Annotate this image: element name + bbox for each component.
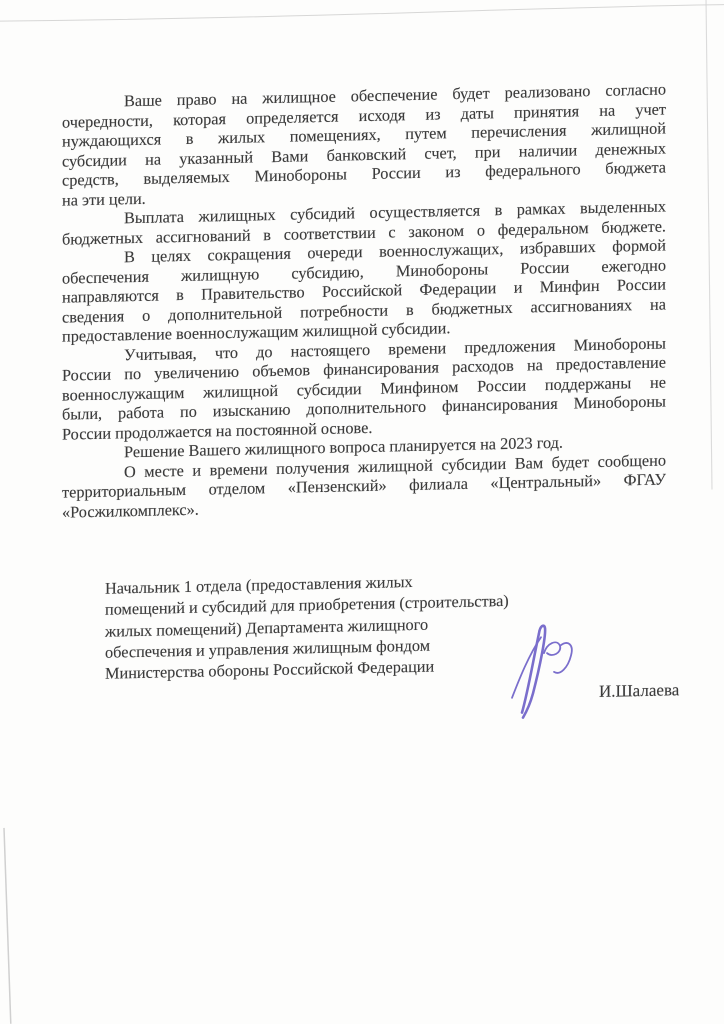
letter-body: Ваше право на жилищное обеспечение будет… [62,79,666,521]
signature-stroke-loop [544,642,572,673]
paper-edge-right [706,0,712,490]
paper-edge-left [4,828,11,1024]
handwritten-signature [495,608,590,730]
signatory-name: И.Шалаева [599,680,679,702]
signature-stroke-main [522,626,545,718]
signature-block: Начальник 1 отдела (предоставления жилых… [105,569,525,685]
paper-sheet: Ваше право на жилищное обеспечение будет… [0,0,724,1024]
scanned-letter-page: Ваше право на жилищное обеспечение будет… [0,0,724,1024]
paper-crease-line [0,4,724,22]
